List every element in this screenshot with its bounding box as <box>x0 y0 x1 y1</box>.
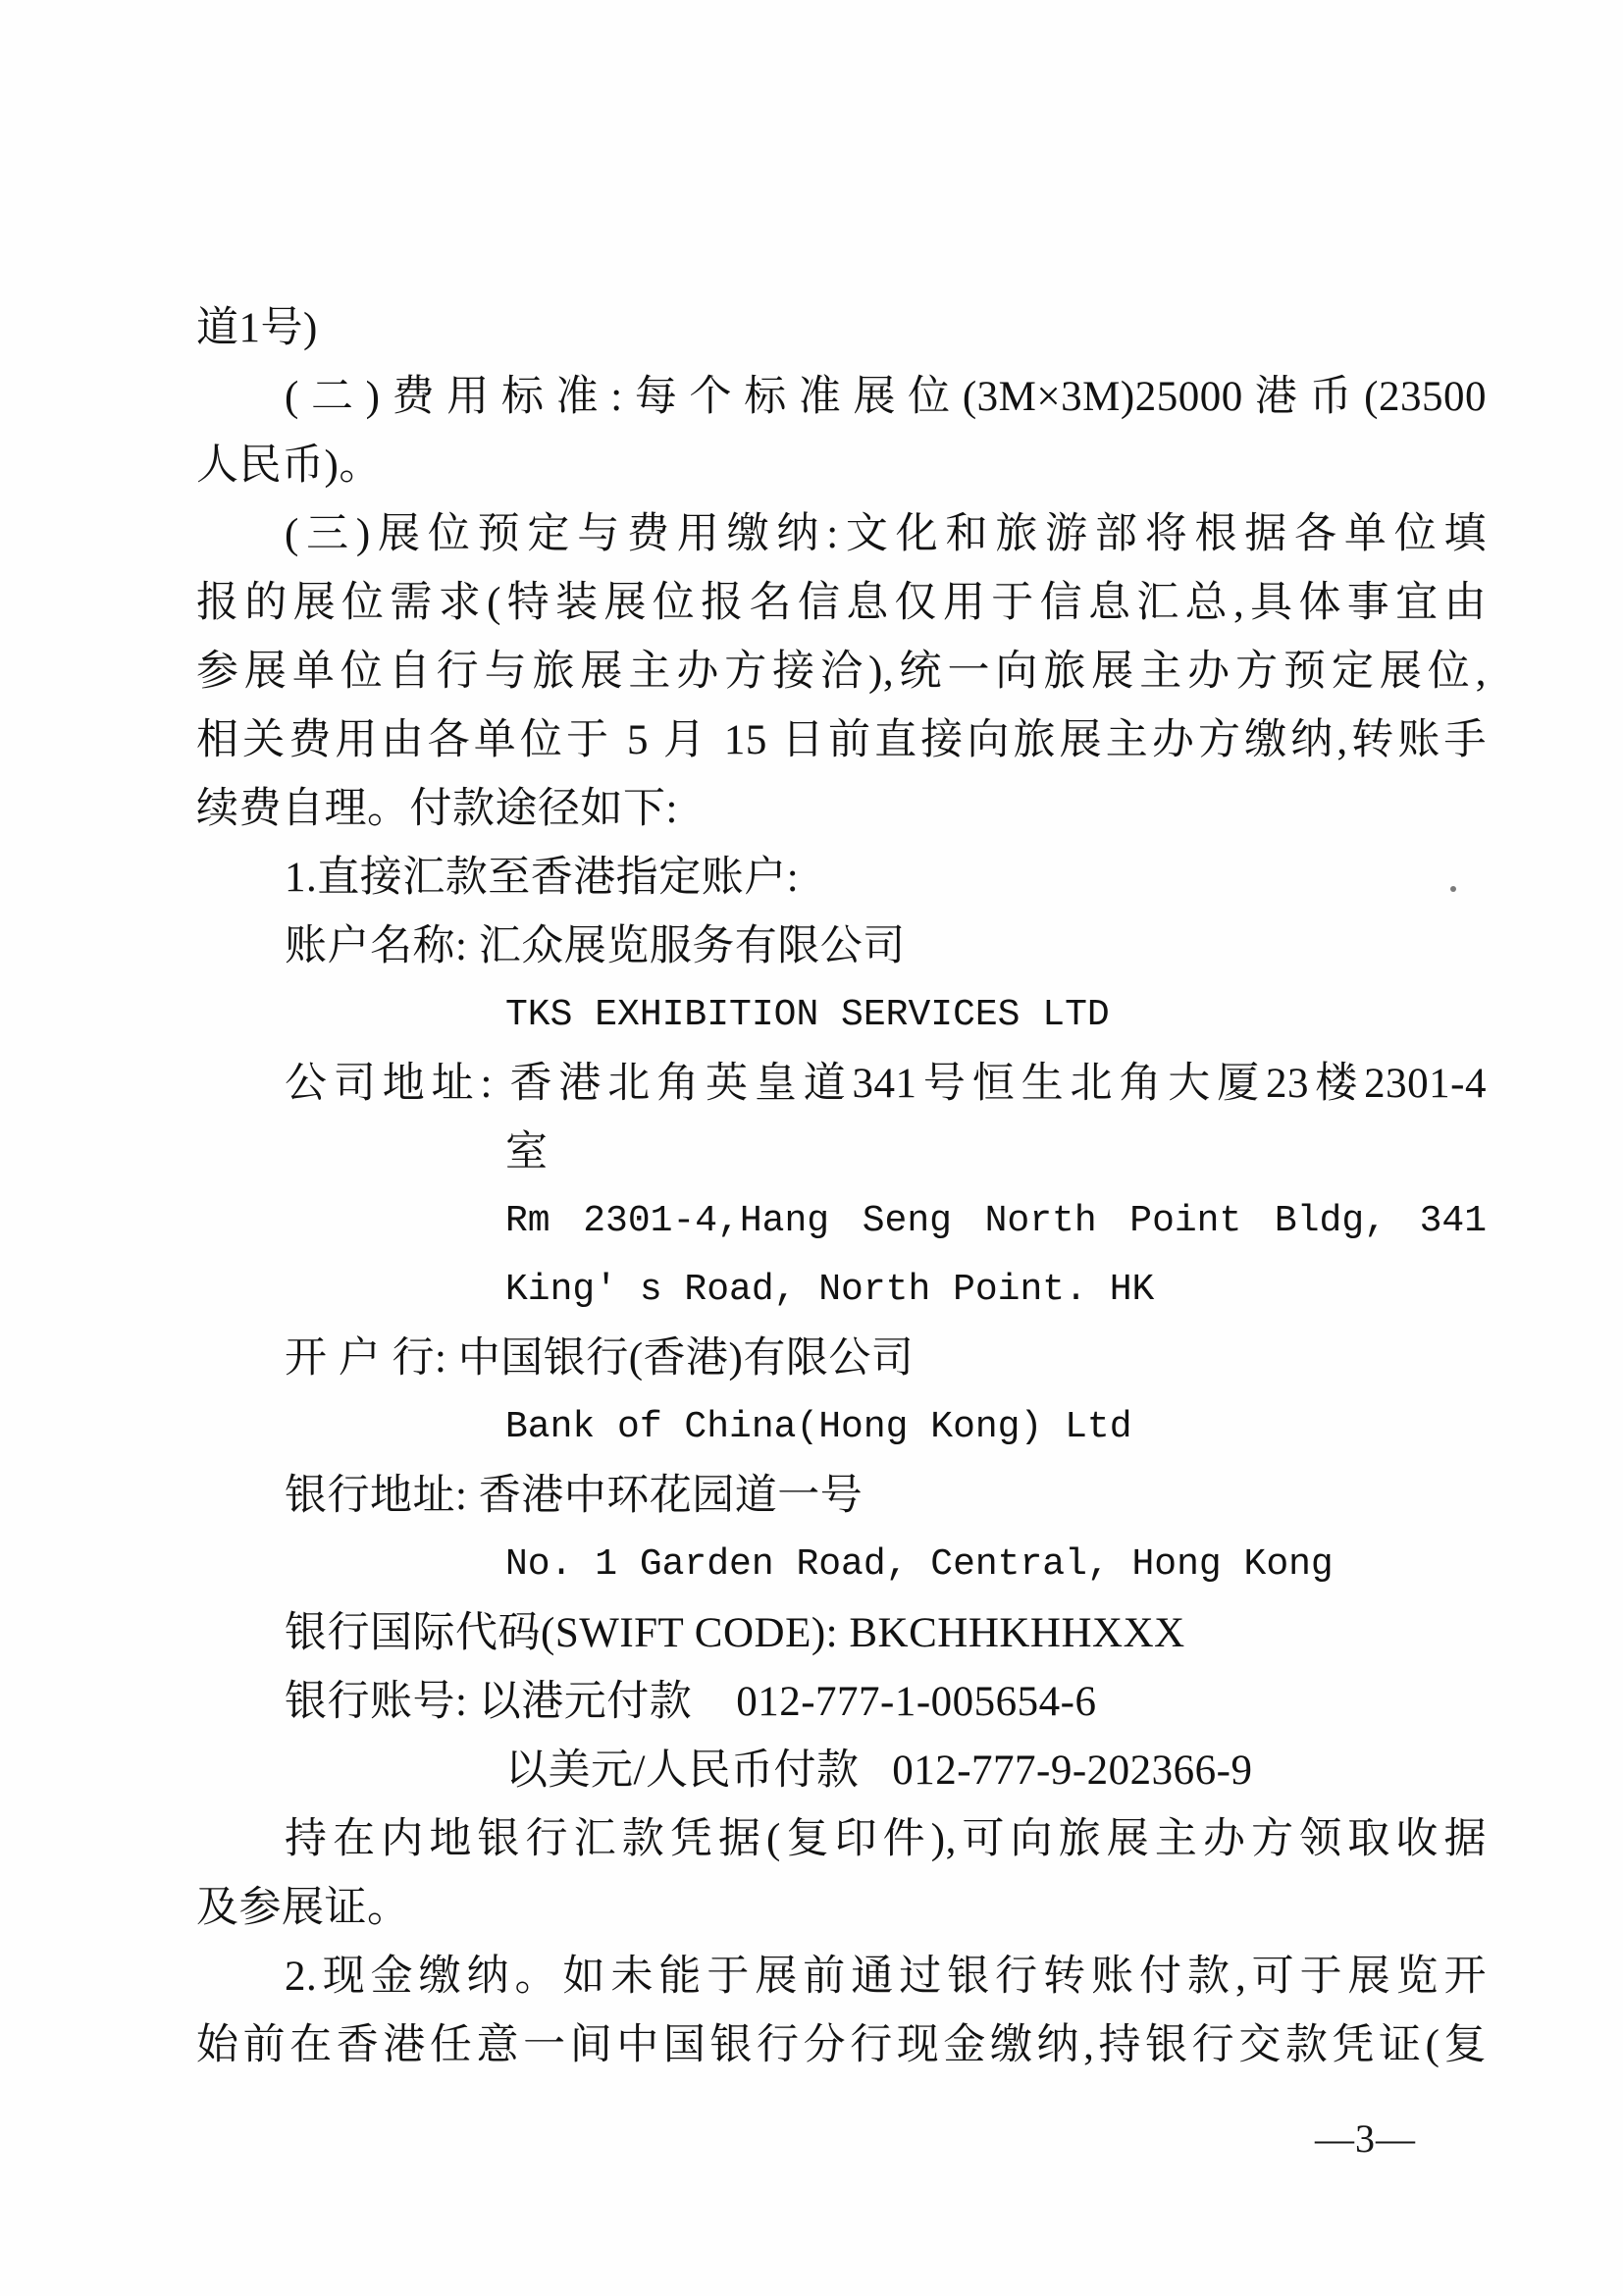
text-line: 银行账号: 以港元付款 012-777-1-005654-6 <box>196 1668 1487 1737</box>
text-line: 及参展证。 <box>196 1874 1487 1943</box>
scan-artifact-dot <box>1450 886 1456 892</box>
text-line: 持在内地银行汇款凭据(复印件),可向旅展主办方领取收据 <box>196 1805 1487 1874</box>
page-number: —3— <box>1315 2110 1492 2168</box>
text-line: 账户名称: 汇众展览服务有限公司 <box>196 913 1487 981</box>
text-line: 1.直接汇款至香港指定账户: <box>196 844 1487 913</box>
text-line: 以美元/人民币付款 012-777-9-202366-9 <box>196 1737 1487 1805</box>
text-line: (二)费用标准:每个标准展位(3M×3M)25000港币(23500 <box>196 363 1487 432</box>
document-page: 道1号)(二)费用标准:每个标准展位(3M×3M)25000港币(23500人民… <box>0 0 1623 2296</box>
document-body: 道1号)(二)费用标准:每个标准展位(3M×3M)25000港币(23500人民… <box>196 294 1487 2080</box>
text-line: 银行地址: 香港中环花园道一号 <box>196 1462 1487 1531</box>
text-line: 人民币)。 <box>196 432 1487 500</box>
text-line: 始前在香港任意一间中国银行分行现金缴纳,持银行交款凭证(复 <box>196 2011 1487 2080</box>
text-line: 公司地址: 香港北角英皇道341号恒生北角大厦23楼2301-4 <box>196 1050 1487 1119</box>
text-line: 道1号) <box>196 294 1487 363</box>
text-line: TKS EXHIBITION SERVICES LTD <box>196 981 1487 1050</box>
text-line: 参展单位自行与旅展主办方接洽),统一向旅展主办方预定展位, <box>196 638 1487 706</box>
text-line: 室 <box>196 1119 1487 1187</box>
text-line: No. 1 Garden Road, Central, Hong Kong <box>196 1531 1487 1599</box>
text-line: 开 户 行: 中国银行(香港)有限公司 <box>196 1325 1487 1393</box>
text-line: King' s Road, North Point. HK <box>196 1256 1487 1325</box>
text-line: 报的展位需求(特装展位报名信息仅用于信息汇总,具体事宜由 <box>196 569 1487 638</box>
text-line: Rm 2301-4,Hang Seng North Point Bldg, 34… <box>196 1187 1487 1256</box>
text-line: 银行国际代码(SWIFT CODE): BKCHHKHHXXX <box>196 1599 1487 1668</box>
text-line: Bank of China(Hong Kong) Ltd <box>196 1393 1487 1462</box>
text-line: 2.现金缴纳。如未能于展前通过银行转账付款,可于展览开 <box>196 1943 1487 2011</box>
text-line: (三)展位预定与费用缴纳:文化和旅游部将根据各单位填 <box>196 500 1487 569</box>
text-line: 续费自理。付款途径如下: <box>196 775 1487 844</box>
text-line: 相关费用由各单位于 5 月 15 日前直接向旅展主办方缴纳,转账手 <box>196 706 1487 775</box>
